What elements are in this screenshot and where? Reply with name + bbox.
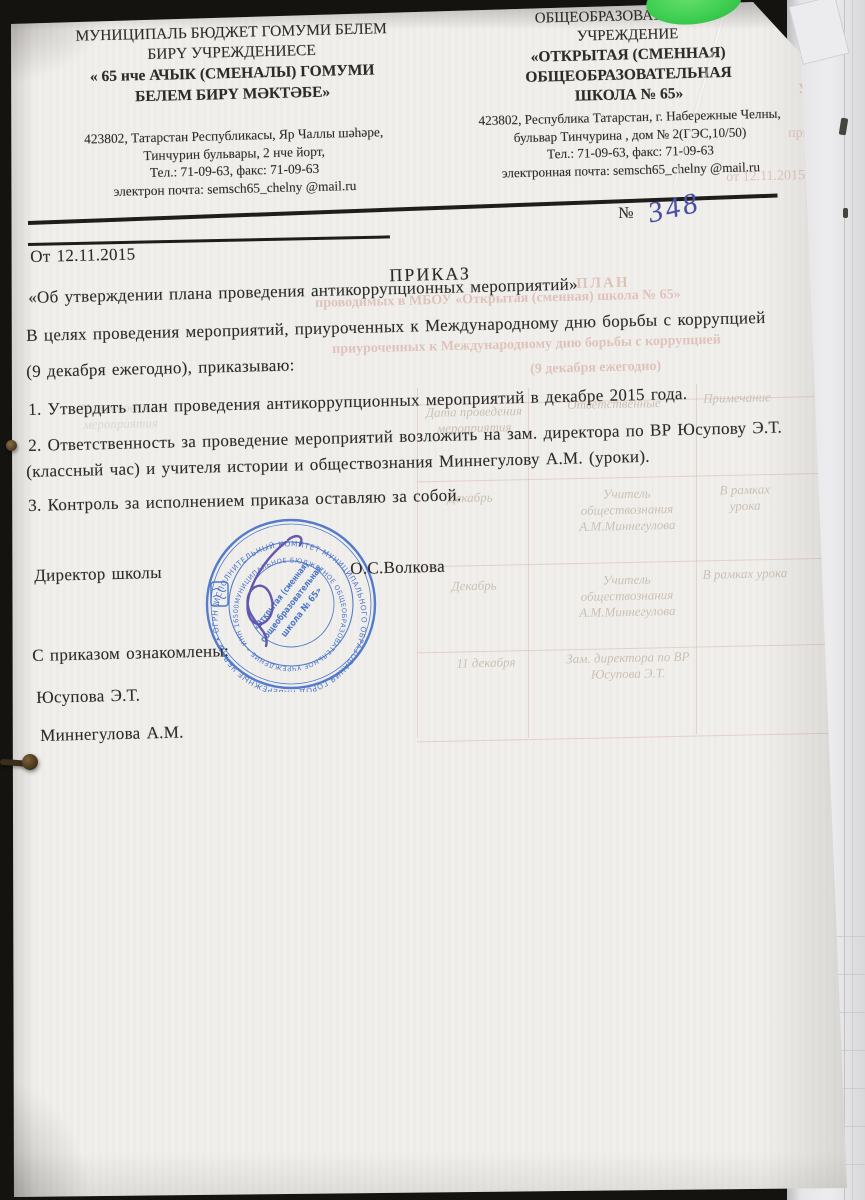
ghost-table-cell: Декабрь bbox=[434, 577, 514, 595]
body-line: 1. Утвердить план проведения антикоррупц… bbox=[28, 384, 688, 420]
director-name: О.С.Волкова bbox=[350, 557, 445, 579]
page-edge-line bbox=[852, 0, 853, 1200]
ghost-table-cell: 11 декабря bbox=[444, 654, 528, 672]
ghost-table-cell: Учитель обществознания А.М.Миннегулова bbox=[558, 485, 697, 536]
acknowledgment-label: С приказом ознакомлены: bbox=[32, 641, 229, 666]
director-signature bbox=[228, 532, 328, 654]
ink-mark bbox=[843, 208, 848, 218]
paper-sheet: УТВЕРЖДЕНО приказом директора от 12.11.2… bbox=[0, 0, 865, 1200]
order-date: От 12.11.2015 bbox=[30, 244, 136, 267]
ghost-table-header: Примечание bbox=[692, 389, 782, 407]
acknowledgment-name: Юсупова Э.Т. bbox=[36, 685, 140, 708]
ghost-table-border bbox=[417, 733, 840, 743]
org-address: 423802, Республика Татарстан, г. Набереж… bbox=[440, 104, 820, 183]
letterhead-right: ОБЩЕОБРАЗОВАТЕЛЬНОЕ УЧРЕЖДЕНИЕ «ОТКРЫТАЯ… bbox=[438, 3, 820, 183]
letterhead-separator-line-short bbox=[28, 235, 390, 246]
ruled-line bbox=[835, 936, 865, 937]
binder-brad-bottom bbox=[22, 754, 38, 770]
org-address: 423802, Татарстан Республикасы, Яр Чаллы… bbox=[27, 122, 443, 202]
ruled-line bbox=[835, 974, 865, 975]
scanned-order-page: УТВЕРЖДЕНО приказом директора от 12.11.2… bbox=[0, 0, 865, 1200]
ghost-table-cell: Зам. директора по ВР Юсупова Э.Т. bbox=[560, 649, 697, 684]
ghost-plan-line: (9 декабря ежегодно) bbox=[530, 359, 661, 378]
ghost-table-cell: Учитель обществознания А.М.Миннегулова bbox=[556, 571, 699, 622]
ghost-table-cell: В рамках урока bbox=[704, 481, 787, 515]
body-line: (9 декабря ежегодно), приказываю: bbox=[26, 355, 295, 382]
ghost-table-cell: В рамках урока bbox=[702, 565, 788, 583]
page-edge-line bbox=[844, 0, 845, 1200]
director-role: Директор школы bbox=[34, 563, 162, 586]
acknowledgment-name: Миннегулова А.М. bbox=[40, 722, 184, 745]
binder-brad-top bbox=[6, 440, 17, 451]
body-line: 3. Контроль за исполнением приказа остав… bbox=[28, 485, 462, 516]
letterhead-left: МУНИЦИПАЛЬ БЮДЖЕТ ГОМУМИ БЕЛЕМ БИРҮ УЧРЕ… bbox=[24, 18, 442, 202]
order-number-label: № bbox=[618, 205, 634, 223]
ink-mark bbox=[839, 118, 849, 136]
order-number-handwritten: 348 bbox=[645, 187, 704, 231]
